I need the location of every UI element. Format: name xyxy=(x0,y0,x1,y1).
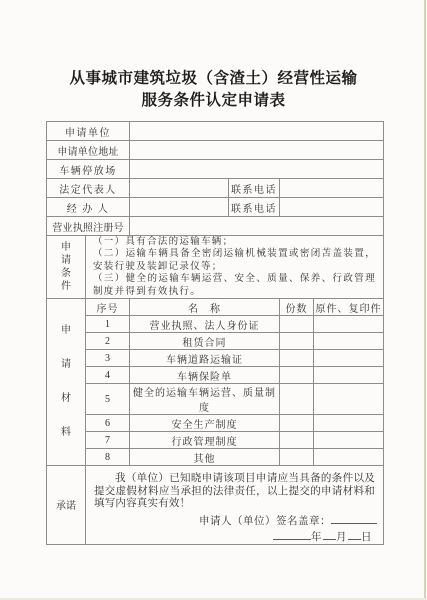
material-name: 车辆保险单 xyxy=(130,367,280,384)
unit-address-label: 申请单位地址 xyxy=(47,141,130,160)
signature-line: 申请人（单位）签名盖章： xyxy=(86,513,383,528)
handler-phone-label: 联系电话 xyxy=(229,198,280,217)
materials-label-text: 申请材料 xyxy=(61,314,71,450)
material-copies-cell xyxy=(280,316,314,333)
material-row-5: 5 健全的运输车辆运营、质量制度 xyxy=(47,384,384,415)
materials-header-copies: 份数 xyxy=(280,299,314,316)
handler-label: 经 办 人 xyxy=(47,198,130,217)
material-no: 8 xyxy=(86,449,130,466)
form-title-line1: 从事城市建筑垃圾（含渣土）经营性运输 xyxy=(0,67,427,89)
material-original-cell xyxy=(314,384,384,415)
material-original-cell xyxy=(314,449,384,466)
legal-phone-value xyxy=(280,179,384,198)
material-name: 车辆道路运输证 xyxy=(130,350,280,367)
business-license-label: 营业执照注册号 xyxy=(47,217,130,236)
material-original-cell xyxy=(314,333,384,350)
unit-address-value xyxy=(130,141,384,160)
commitment-body: 我（单位）已知晓申请该项目申请应当具备的条件以及提交虚假材料应当承担的法律责任，… xyxy=(86,466,383,511)
material-copies-cell xyxy=(280,449,314,466)
material-copies-cell xyxy=(280,367,314,384)
commitment-label: 承诺 xyxy=(47,466,86,545)
legal-representative-value xyxy=(130,179,229,198)
material-name: 安全生产制度 xyxy=(130,415,280,432)
form-title-line2: 服务条件认定申请表 xyxy=(0,89,427,111)
material-original-cell xyxy=(314,367,384,384)
material-name: 租赁合同 xyxy=(130,333,280,350)
signature-label: 申请人（单位）签名盖章： xyxy=(199,516,331,527)
material-row-1: 1 营业执照、法人身份证 xyxy=(47,316,384,333)
materials-header-row: 申请材料 序号 名 称 份数 原件、复印件 xyxy=(47,299,384,316)
material-copies-cell xyxy=(280,350,314,367)
material-name: 营业执照、法人身份证 xyxy=(130,316,280,333)
material-copies-cell xyxy=(280,415,314,432)
material-original-cell xyxy=(314,415,384,432)
application-form-table: 申请单位 申请单位地址 车辆停放场 法定代表人 联系电话 经 办 人 联系电话 … xyxy=(46,121,384,545)
material-no: 3 xyxy=(86,350,130,367)
parking-lot-label: 车辆停放场 xyxy=(47,160,130,179)
handler-phone-value xyxy=(280,198,384,217)
material-row-4: 4 车辆保险单 xyxy=(47,367,384,384)
material-copies-cell xyxy=(280,384,314,415)
material-no: 5 xyxy=(86,384,130,415)
material-name: 健全的运输车辆运营、质量制度 xyxy=(130,384,280,415)
row-handler: 经 办 人 联系电话 xyxy=(47,198,384,217)
material-no: 6 xyxy=(86,415,130,432)
material-copies-cell xyxy=(280,432,314,449)
material-row-8: 8 其他 xyxy=(47,449,384,466)
material-row-3: 3 车辆道路运输证 xyxy=(47,350,384,367)
row-unit-address: 申请单位地址 xyxy=(47,141,384,160)
parking-lot-value xyxy=(130,160,384,179)
row-business-license: 营业执照注册号 xyxy=(47,217,384,236)
legal-representative-label: 法定代表人 xyxy=(47,179,130,198)
scanned-application-form: { "page": { "title_line1": "从事城市建筑垃圾（含渣土… xyxy=(0,0,427,600)
material-copies-cell xyxy=(280,333,314,350)
material-no: 1 xyxy=(86,316,130,333)
material-no: 4 xyxy=(86,367,130,384)
condition-item-1: （一）具有合法的运输车辆； xyxy=(86,236,383,248)
day-label: 日 xyxy=(361,532,373,543)
handler-value xyxy=(130,198,229,217)
condition-item-3: （三）健全的运输车辆运营、安全、质量、保养、行政管理制度并得到有效执行。 xyxy=(86,273,383,298)
commitment-content: 我（单位）已知晓申请该项目申请应当具备的条件以及提交虚假材料应当承担的法律责任，… xyxy=(86,466,384,545)
day-blank xyxy=(348,529,361,540)
year-label: 年 xyxy=(311,532,323,543)
material-original-cell xyxy=(314,316,384,333)
signature-blank xyxy=(331,513,377,524)
material-name: 行政管理制度 xyxy=(130,432,280,449)
materials-header-original: 原件、复印件 xyxy=(314,299,384,316)
row-legal-representative: 法定代表人 联系电话 xyxy=(47,179,384,198)
material-no: 2 xyxy=(86,333,130,350)
material-row-2: 2 租赁合同 xyxy=(47,333,384,350)
material-original-cell xyxy=(314,432,384,449)
legal-phone-label: 联系电话 xyxy=(229,179,280,198)
row-conditions: 申请条件 （一）具有合法的运输车辆； （二）运输车辆具备全密闭运输机械装置或密闭… xyxy=(47,236,384,299)
applicant-unit-value xyxy=(130,122,384,141)
materials-header-no: 序号 xyxy=(86,299,130,316)
conditions-content: （一）具有合法的运输车辆； （二）运输车辆具备全密闭运输机械装置或密闭苫盖装置，… xyxy=(86,236,384,299)
commitment-label-text: 承诺 xyxy=(56,501,76,512)
row-applicant-unit: 申请单位 xyxy=(47,122,384,141)
business-license-value xyxy=(130,217,384,236)
conditions-label-text: 申请条件 xyxy=(61,241,71,293)
material-row-6: 6 安全生产制度 xyxy=(47,415,384,432)
material-name: 其他 xyxy=(130,449,280,466)
materials-label: 申请材料 xyxy=(47,299,86,466)
date-line: 年月日 xyxy=(86,529,383,544)
month-blank xyxy=(323,529,336,540)
month-label: 月 xyxy=(336,532,348,543)
row-parking-lot: 车辆停放场 xyxy=(47,160,384,179)
material-row-7: 7 行政管理制度 xyxy=(47,432,384,449)
form-title: 从事城市建筑垃圾（含渣土）经营性运输 服务条件认定申请表 xyxy=(0,67,427,111)
materials-header-name: 名 称 xyxy=(130,299,280,316)
material-original-cell xyxy=(314,350,384,367)
applicant-unit-label: 申请单位 xyxy=(47,122,130,141)
year-blank xyxy=(273,529,311,540)
condition-item-2: （二）运输车辆具备全密闭运输机械装置或密闭苫盖装置，安装行驶及装卸记录仪等； xyxy=(86,248,383,273)
material-no: 7 xyxy=(86,432,130,449)
conditions-label: 申请条件 xyxy=(47,236,86,299)
row-commitment: 承诺 我（单位）已知晓申请该项目申请应当具备的条件以及提交虚假材料应当承担的法律… xyxy=(47,466,384,545)
